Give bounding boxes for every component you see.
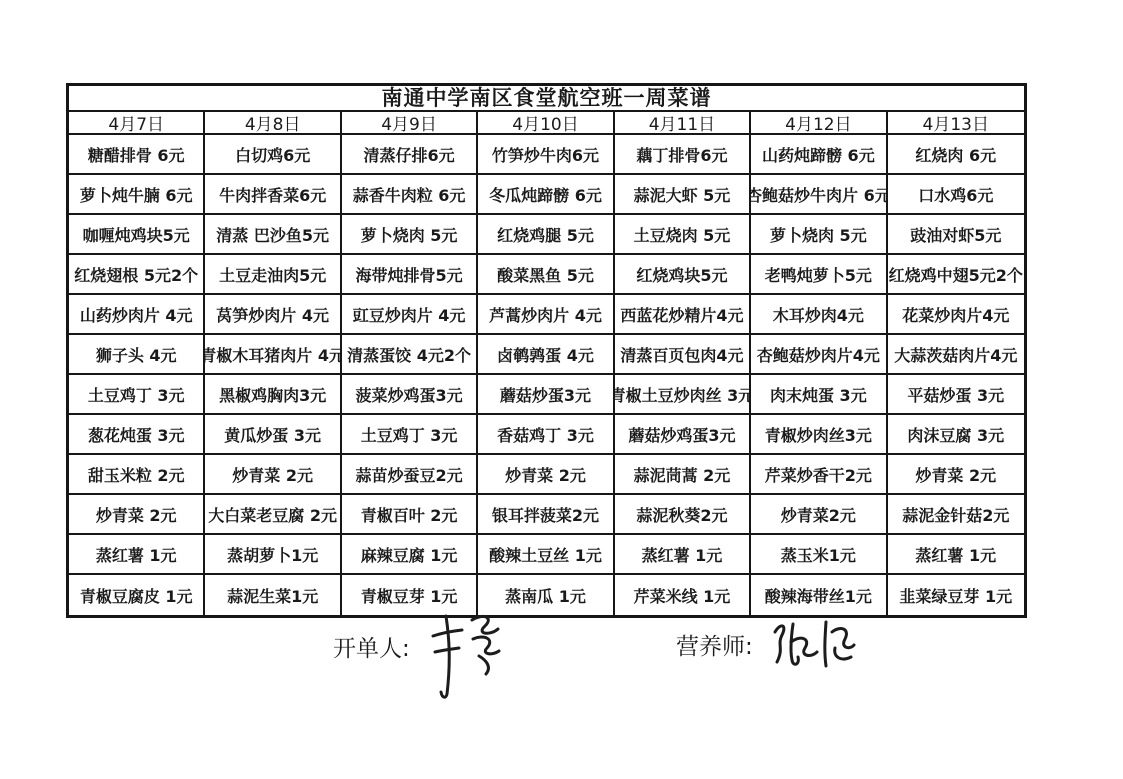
menu-cell: 萝卜烧肉 5元 [342,215,478,255]
menu-cell: 蘑菇炒蛋3元 [478,375,614,415]
menu-cell: 土豆鸡丁 3元 [69,375,205,415]
menu-cell: 甜玉米粒 2元 [69,455,205,495]
menu-cell: 肉沫豆腐 3元 [888,415,1024,455]
issuer-label: 开单人: [333,630,410,663]
menu-cell: 菠菜炒鸡蛋3元 [342,375,478,415]
date-header: 4月7日 [69,112,205,135]
menu-cell: 青椒百叶 2元 [342,495,478,535]
menu-cell: 白切鸡6元 [205,135,341,175]
menu-cell: 大白菜老豆腐 2元 [205,495,341,535]
menu-cell: 清蒸 巴沙鱼5元 [205,215,341,255]
menu-cell: 蒸红薯 1元 [69,535,205,575]
menu-cell: 清蒸百页包肉4元 [615,335,751,375]
menu-cell: 韭菜绿豆芽 1元 [888,575,1024,615]
menu-cell: 豉油对虾5元 [888,215,1024,255]
menu-title: 南通中学南区食堂航空班一周菜谱 [69,86,1024,112]
scanned-menu-document: 南通中学南区食堂航空班一周菜谱 4月7日4月8日4月9日4月10日4月11日4月… [0,0,1123,779]
menu-cell: 青椒木耳猪肉片 4元 [205,335,341,375]
menu-cell: 杏鲍菇炒牛肉片 6元 [751,175,887,215]
menu-cell: 清蒸蛋饺 4元2个 [342,335,478,375]
menu-cell: 酸辣海带丝1元 [751,575,887,615]
menu-cell: 木耳炒肉4元 [751,295,887,335]
date-header: 4月10日 [478,112,614,135]
menu-cell: 酸菜黑鱼 5元 [478,255,614,295]
menu-cell: 红烧鸡中翅5元2个 [888,255,1024,295]
menu-cell: 蒜泥秋葵2元 [615,495,751,535]
menu-cell: 土豆烧肉 5元 [615,215,751,255]
date-header: 4月12日 [751,112,887,135]
menu-cell: 竹笋炒牛肉6元 [478,135,614,175]
nutritionist-label: 营养师: [676,628,753,661]
menu-cell: 海带炖排骨5元 [342,255,478,295]
menu-cell: 土豆走油肉5元 [205,255,341,295]
menu-cell: 豇豆炒肉片 4元 [342,295,478,335]
menu-cell: 蒸胡萝卜1元 [205,535,341,575]
menu-cell: 蒜泥生菜1元 [205,575,341,615]
menu-cell: 卤鹌鹑蛋 4元 [478,335,614,375]
menu-cell: 酸辣土豆丝 1元 [478,535,614,575]
menu-cell: 花菜炒肉片4元 [888,295,1024,335]
menu-cell: 咖喱炖鸡块5元 [69,215,205,255]
menu-cell: 冬瓜炖蹄髈 6元 [478,175,614,215]
menu-cell: 大蒜茨菇肉片4元 [888,335,1024,375]
menu-cell: 蒜泥茼蒿 2元 [615,455,751,495]
menu-cell: 蒜香牛肉粒 6元 [342,175,478,215]
menu-cell: 杏鲍菇炒肉片4元 [751,335,887,375]
menu-cell: 青椒土豆炒肉丝 3元 [615,375,751,415]
menu-cell: 红烧鸡块5元 [615,255,751,295]
menu-cell: 香菇鸡丁 3元 [478,415,614,455]
menu-cell: 狮子头 4元 [69,335,205,375]
menu-cell: 蒸玉米1元 [751,535,887,575]
menu-cell: 肉末炖蛋 3元 [751,375,887,415]
menu-table: 南通中学南区食堂航空班一周菜谱 4月7日4月8日4月9日4月10日4月11日4月… [66,83,1027,618]
menu-cell: 山药炖蹄髈 6元 [751,135,887,175]
issuer-signature [426,608,521,703]
menu-cell: 老鸭炖萝卜5元 [751,255,887,295]
menu-cell: 萝卜炖牛腩 6元 [69,175,205,215]
menu-cell: 红烧肉 6元 [888,135,1024,175]
menu-cell: 红烧鸡腿 5元 [478,215,614,255]
menu-cell: 蘑菇炒鸡蛋3元 [615,415,751,455]
menu-cell: 蒜泥金针菇2元 [888,495,1024,535]
menu-cell: 芦蒿炒肉片 4元 [478,295,614,335]
date-header: 4月11日 [615,112,751,135]
menu-cell: 黄瓜炒蛋 3元 [205,415,341,455]
menu-cell: 蒜泥大虾 5元 [615,175,751,215]
menu-cell: 萝卜烧肉 5元 [751,215,887,255]
date-header: 4月9日 [342,112,478,135]
menu-cell: 土豆鸡丁 3元 [342,415,478,455]
menu-cell: 黑椒鸡胸肉3元 [205,375,341,415]
menu-cell: 炒青菜 2元 [478,455,614,495]
nutritionist-signature [768,612,858,677]
menu-cell: 青椒炒肉丝3元 [751,415,887,455]
menu-cell: 口水鸡6元 [888,175,1024,215]
menu-cell: 蒜苗炒蚕豆2元 [342,455,478,495]
menu-cell: 平菇炒蛋 3元 [888,375,1024,415]
menu-cell: 银耳拌菠菜2元 [478,495,614,535]
menu-cell: 炒青菜 2元 [888,455,1024,495]
menu-cell: 清蒸仔排6元 [342,135,478,175]
menu-cell: 麻辣豆腐 1元 [342,535,478,575]
menu-cell: 糖醋排骨 6元 [69,135,205,175]
menu-cell: 芹菜炒香干2元 [751,455,887,495]
menu-cell: 蒸红薯 1元 [615,535,751,575]
menu-cell: 莴笋炒肉片 4元 [205,295,341,335]
menu-cell: 炒青菜2元 [751,495,887,535]
menu-cell: 藕丁排骨6元 [615,135,751,175]
menu-cell: 山药炒肉片 4元 [69,295,205,335]
date-header: 4月13日 [888,112,1024,135]
menu-cell: 炒青菜 2元 [205,455,341,495]
menu-cell: 西蓝花炒精片4元 [615,295,751,335]
menu-grid: 4月7日4月8日4月9日4月10日4月11日4月12日4月13日糖醋排骨 6元白… [69,112,1024,615]
menu-cell: 葱花炖蛋 3元 [69,415,205,455]
menu-cell: 芹菜米线 1元 [615,575,751,615]
menu-cell: 蒸红薯 1元 [888,535,1024,575]
menu-cell: 青椒豆腐皮 1元 [69,575,205,615]
menu-cell: 炒青菜 2元 [69,495,205,535]
menu-cell: 牛肉拌香菜6元 [205,175,341,215]
date-header: 4月8日 [205,112,341,135]
menu-cell: 红烧翅根 5元2个 [69,255,205,295]
